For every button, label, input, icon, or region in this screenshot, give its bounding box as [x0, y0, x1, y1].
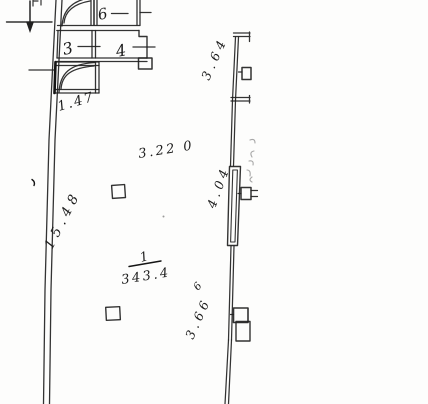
cadastral-plan-drawing: 6 3 4 1.47 15.48	[0, 0, 428, 404]
room-stair-lower	[29, 62, 99, 93]
room-6-label: 6	[96, 4, 110, 24]
measure-right-bottom: 3.66	[182, 295, 214, 341]
measure-right-top: 3.64	[198, 34, 230, 82]
scan-speck	[163, 216, 165, 218]
wall-structure-top: 3.64	[198, 32, 251, 103]
post-box	[242, 68, 251, 80]
wall-structure-bottom: 3.66 6	[182, 280, 250, 341]
left-boundary-line	[44, 0, 63, 404]
wall-structure-middle: 4.04	[203, 164, 257, 246]
small-mark-6: 6	[191, 280, 205, 293]
survey-arrow	[7, 0, 53, 33]
annex-box	[139, 58, 153, 69]
faint-marks	[247, 139, 255, 182]
building-complex: 6 3 4 1.47	[29, 0, 155, 115]
fraction-denominator: 343.4	[120, 265, 171, 288]
tick-mark	[32, 180, 34, 186]
room-stair-upper	[62, 0, 94, 26]
room-6: 6	[94, 0, 151, 25]
room-3-label: 3	[61, 38, 75, 59]
measure-middle-width: 3.22 0	[137, 138, 195, 162]
post-box	[236, 322, 250, 342]
marker-square-upper	[112, 185, 126, 199]
parcel-fraction: 1 343.4	[120, 249, 171, 288]
scanned-plan-page: 6 3 4 1.47 15.48	[0, 0, 428, 404]
post-box	[234, 308, 249, 323]
marker-square-lower	[106, 307, 121, 321]
room-3: 3	[57, 31, 100, 59]
wall-band-upper	[57, 26, 140, 31]
arrowhead-icon	[26, 22, 34, 34]
post-box	[241, 188, 251, 200]
